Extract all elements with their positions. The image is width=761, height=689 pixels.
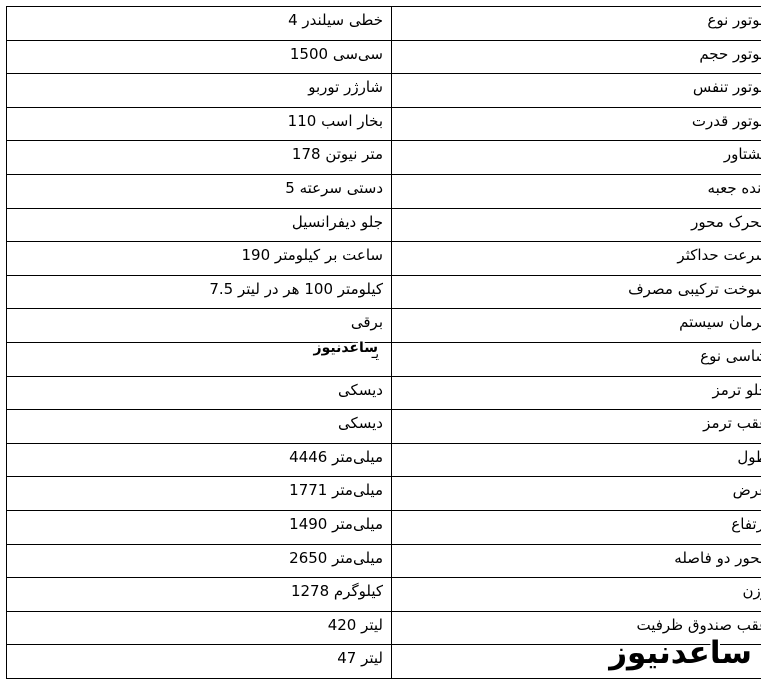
spec-value-cell: 1490 ‎میلی‌متر [7, 510, 392, 544]
spec-label-cell: حجم ‎موتور [392, 40, 761, 74]
spec-label-cell: گشتاور [392, 141, 761, 175]
spec-label-cell: ترمز ‎عقب [392, 410, 761, 444]
spec-label-cell: ارتفاع [392, 510, 761, 544]
spec-label-cell: قدرت ‎موتور [392, 107, 761, 141]
spec-value-text: 420 ‎لیتر [328, 616, 383, 634]
table-row: 4 ‎سیلندر ‎خطی نوع ‎موتور [7, 7, 761, 41]
spec-value-cell: 1278 ‎کیلوگرم [7, 578, 392, 612]
spec-value-text: توربو ‎شارژر [308, 78, 383, 96]
spec-value-text: 1771 ‎میلی‌متر [289, 481, 383, 499]
spec-value-cell: 178 ‎نیوتن ‎متر [7, 141, 392, 175]
spec-label-text: گشتاور [724, 145, 761, 163]
spec-value-cell: 420 ‎لیتر [7, 611, 392, 645]
spec-value-cell: دیسکی [7, 376, 392, 410]
spec-label-cell: طول [392, 443, 761, 477]
page-canvas: 4 ‎سیلندر ‎خطی نوع ‎موتور 1500 ‎سی‌سی حج… [0, 0, 761, 689]
spec-value-text: 1490 ‎میلی‌متر [289, 515, 383, 533]
spec-label-cell: فاصله ‎دو ‎محور [392, 544, 761, 578]
spec-label-text: ترمز ‎عقب [703, 414, 761, 432]
table-row: 2650 ‎میلی‌متر فاصله ‎دو ‎محور [7, 544, 761, 578]
spec-value-text: 110 ‎اسب ‎بخار [288, 112, 383, 130]
spec-value-cell: 1771 ‎میلی‌متر [7, 477, 392, 511]
spec-label-cell: مصرف ‎ترکیبی ‎سوخت [392, 275, 761, 309]
spec-label-text: ظرفیت ‎صندوق ‎عقب [636, 616, 761, 634]
spec-value-cell: 4446 ‎میلی‌متر [7, 443, 392, 477]
table-row: توربو ‎شارژر تنفس ‎موتور [7, 74, 761, 108]
table-row: 7.5 ‎لیتر ‎در ‎هر ‎100 ‎کیلومتر مصرف ‎تر… [7, 275, 761, 309]
spec-table-body: 4 ‎سیلندر ‎خطی نوع ‎موتور 1500 ‎سی‌سی حج… [7, 7, 761, 679]
spec-value-text: 1500 ‎سی‌سی [290, 45, 383, 63]
spec-value-cell: دیسکی [7, 410, 392, 444]
table-row: نوع ‎شاسی [7, 342, 761, 376]
spec-value-cell: 7.5 ‎لیتر ‎در ‎هر ‎100 ‎کیلومتر [7, 275, 392, 309]
spec-value-cell: 4 ‎سیلندر ‎خطی [7, 7, 392, 41]
saednews-watermark-small: ساعدنیوز [314, 341, 378, 356]
table-row: 1278 ‎کیلوگرم وزن [7, 578, 761, 612]
spec-value-text: 2650 ‎میلی‌متر [289, 549, 383, 567]
spec-label-text: فاصله ‎دو ‎محور [674, 549, 761, 567]
spec-value-cell: دیفرانسیل ‎جلو [7, 208, 392, 242]
spec-value-cell: 47 ‎لیتر [7, 645, 392, 679]
table-row: 110 ‎اسب ‎بخار قدرت ‎موتور [7, 107, 761, 141]
spec-value-text: 7.5 ‎لیتر ‎در ‎هر ‎100 ‎کیلومتر [209, 280, 383, 298]
spec-value-text: دیسکی [338, 414, 383, 432]
table-row: 5 ‎سرعته ‎دستی جعبه ‎دنده [7, 174, 761, 208]
table-row: 1490 ‎میلی‌متر ارتفاع [7, 510, 761, 544]
spec-label-cell: نوع ‎موتور [392, 7, 761, 41]
spec-label-text: عرض [733, 481, 761, 499]
table-row: 1500 ‎سی‌سی حجم ‎موتور [7, 40, 761, 74]
spec-label-cell: حداکثر ‎سرعت [392, 242, 761, 276]
spec-label-text: طول [737, 448, 761, 466]
spec-label-text: محور ‎محرک [691, 213, 761, 231]
table-row: دیسکی ترمز ‎عقب [7, 410, 761, 444]
spec-value-cell: 110 ‎اسب ‎بخار [7, 107, 392, 141]
spec-label-text: قدرت ‎موتور [692, 112, 761, 130]
spec-value-text: برقی [351, 313, 383, 331]
spec-value-text: 178 ‎نیوتن ‎متر [292, 145, 383, 163]
spec-value-cell: 5 ‎سرعته ‎دستی [7, 174, 392, 208]
spec-value-cell: 2650 ‎میلی‌متر [7, 544, 392, 578]
table-row: 1771 ‎میلی‌متر عرض [7, 477, 761, 511]
spec-label-text: حجم ‎موتور [699, 45, 761, 63]
spec-value-cell: توربو ‎شارژر [7, 74, 392, 108]
spec-value-text: 190 ‎کیلومتر ‎بر ‎ساعت [242, 246, 383, 264]
spec-label-text: سیستم ‎فرمان [679, 313, 761, 331]
table-row: 4446 ‎میلی‌متر طول [7, 443, 761, 477]
spec-label-text: مصرف ‎ترکیبی ‎سوخت [628, 280, 761, 298]
table-row: برقی سیستم ‎فرمان [7, 309, 761, 343]
spec-label-text: حداکثر ‎سرعت [677, 246, 761, 264]
table-row: دیفرانسیل ‎جلو محور ‎محرک [7, 208, 761, 242]
spec-value-text: 5 ‎سرعته ‎دستی [285, 179, 383, 197]
spec-label-cell: جعبه ‎دنده [392, 174, 761, 208]
spec-label-text: وزن [742, 582, 761, 600]
spec-value-text: 1278 ‎کیلوگرم [291, 582, 383, 600]
spec-label-cell: نوع ‎شاسی [392, 342, 761, 376]
spec-label-text: ترمز ‎جلو [712, 381, 761, 399]
table-row: 190 ‎کیلومتر ‎بر ‎ساعت حداکثر ‎سرعت [7, 242, 761, 276]
spec-value-cell: برقی [7, 309, 392, 343]
spec-label-cell: تنفس ‎موتور [392, 74, 761, 108]
spec-label-cell: ترمز ‎جلو [392, 376, 761, 410]
spec-label-text: نوع ‎موتور [707, 11, 761, 29]
spec-label-cell: وزن [392, 578, 761, 612]
spec-value-text: دیسکی [338, 381, 383, 399]
saednews-watermark-large: ساعدنیوز [609, 634, 752, 672]
spec-value-text: 47 ‎لیتر [337, 649, 383, 667]
table-row: دیسکی ترمز ‎جلو [7, 376, 761, 410]
spec-label-cell: محور ‎محرک [392, 208, 761, 242]
spec-label-cell: سیستم ‎فرمان [392, 309, 761, 343]
car-spec-table: 4 ‎سیلندر ‎خطی نوع ‎موتور 1500 ‎سی‌سی حج… [6, 6, 761, 679]
spec-value-cell: 1500 ‎سی‌سی [7, 40, 392, 74]
spec-label-text: ارتفاع [731, 515, 761, 533]
spec-label-text: نوع ‎شاسی [700, 347, 761, 365]
table-row: 178 ‎نیوتن ‎متر گشتاور [7, 141, 761, 175]
spec-label-text: تنفس ‎موتور [693, 78, 761, 96]
spec-value-text: 4 ‎سیلندر ‎خطی [288, 11, 383, 29]
spec-value-text: 4446 ‎میلی‌متر [289, 448, 383, 466]
spec-value-cell: 190 ‎کیلومتر ‎بر ‎ساعت [7, 242, 392, 276]
spec-label-cell: عرض [392, 477, 761, 511]
spec-value-text: دیفرانسیل ‎جلو [292, 213, 383, 231]
spec-label-text: جعبه ‎دنده [708, 179, 761, 197]
